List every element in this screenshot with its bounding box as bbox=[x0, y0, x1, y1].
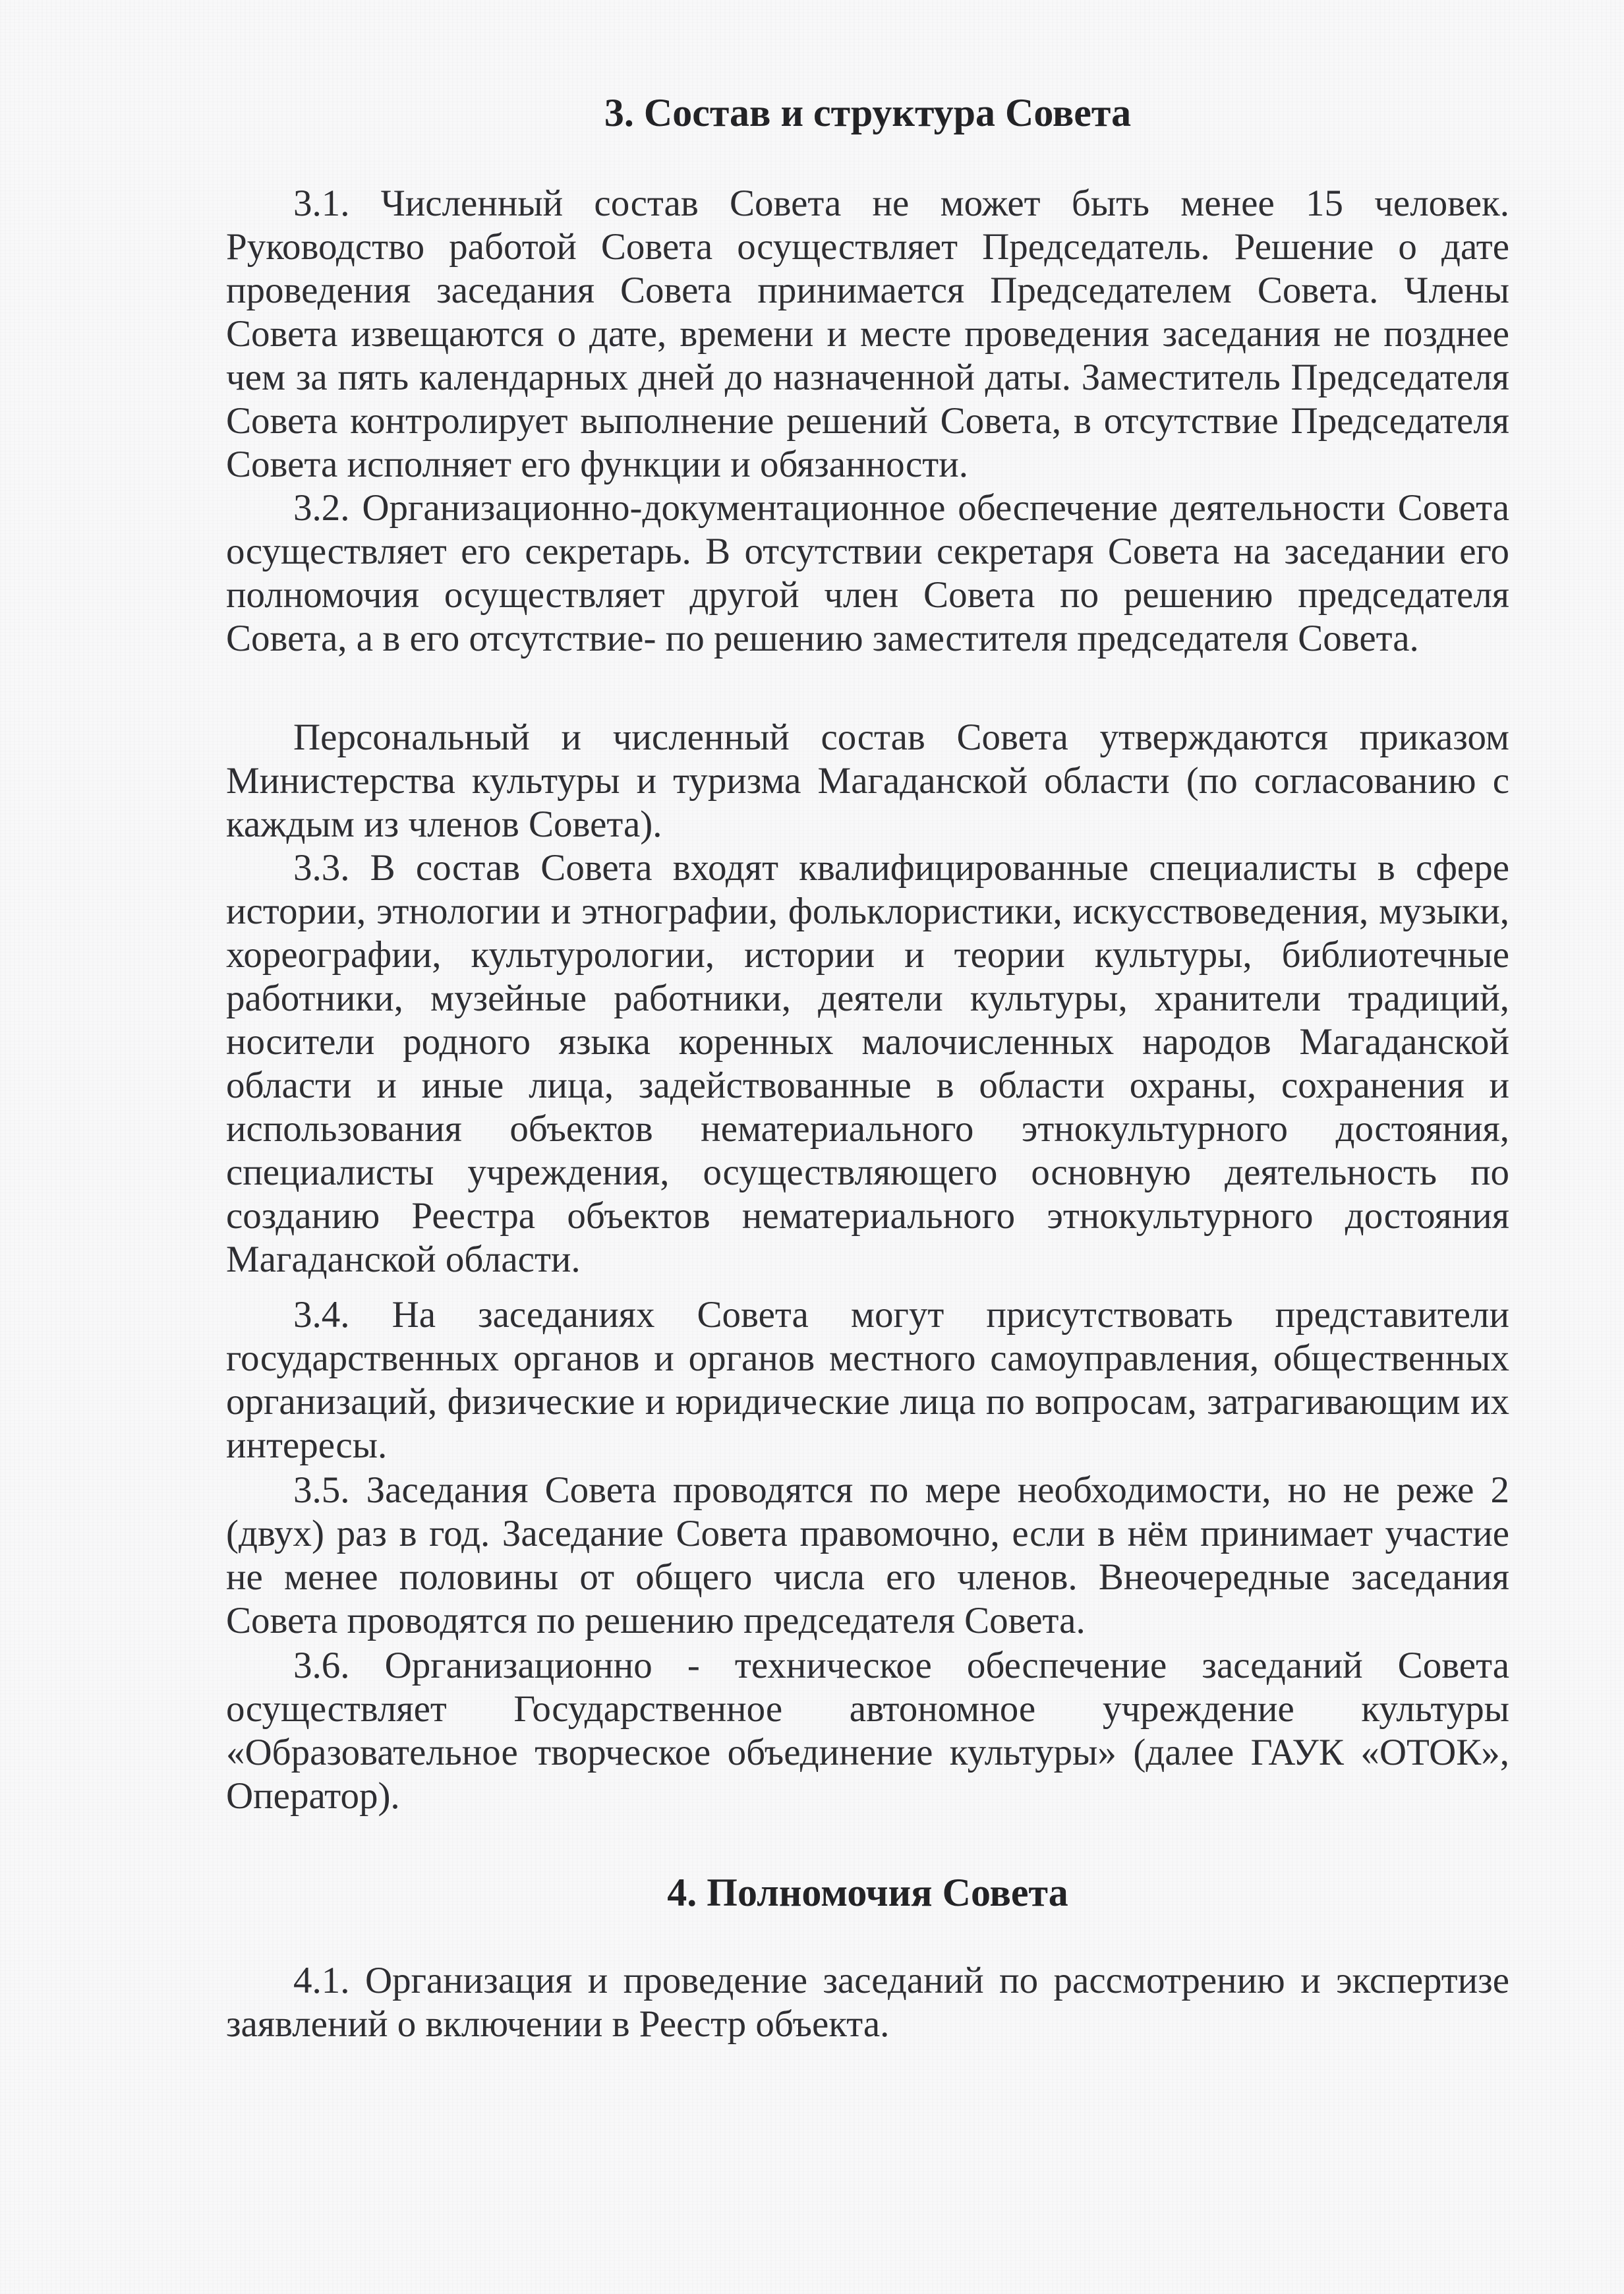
paragraph-3-5: 3.5. Заседания Совета проводятся по мере… bbox=[226, 1469, 1509, 1643]
paragraph-3-2: 3.2. Организационно-документационное обе… bbox=[226, 486, 1509, 661]
paragraph-4-1: 4.1. Организация и проведение заседаний … bbox=[226, 1959, 1509, 2046]
paragraph-3-4: 3.4. На заседаниях Совета могут присутст… bbox=[226, 1293, 1509, 1467]
section-4-heading: 4. Полномочия Совета bbox=[226, 1871, 1509, 1914]
paragraph-3-3: 3.3. В состав Совета входят квалифициров… bbox=[226, 846, 1509, 1281]
paragraph-composition-approval: Персональный и численный состав Совета у… bbox=[226, 716, 1509, 846]
paragraph-3-1: 3.1. Численный состав Совета не может бы… bbox=[226, 182, 1509, 486]
section-3-heading: 3. Состав и структура Совета bbox=[226, 91, 1509, 134]
paragraph-3-6: 3.6. Организационно - техническое обеспе… bbox=[226, 1644, 1509, 1818]
